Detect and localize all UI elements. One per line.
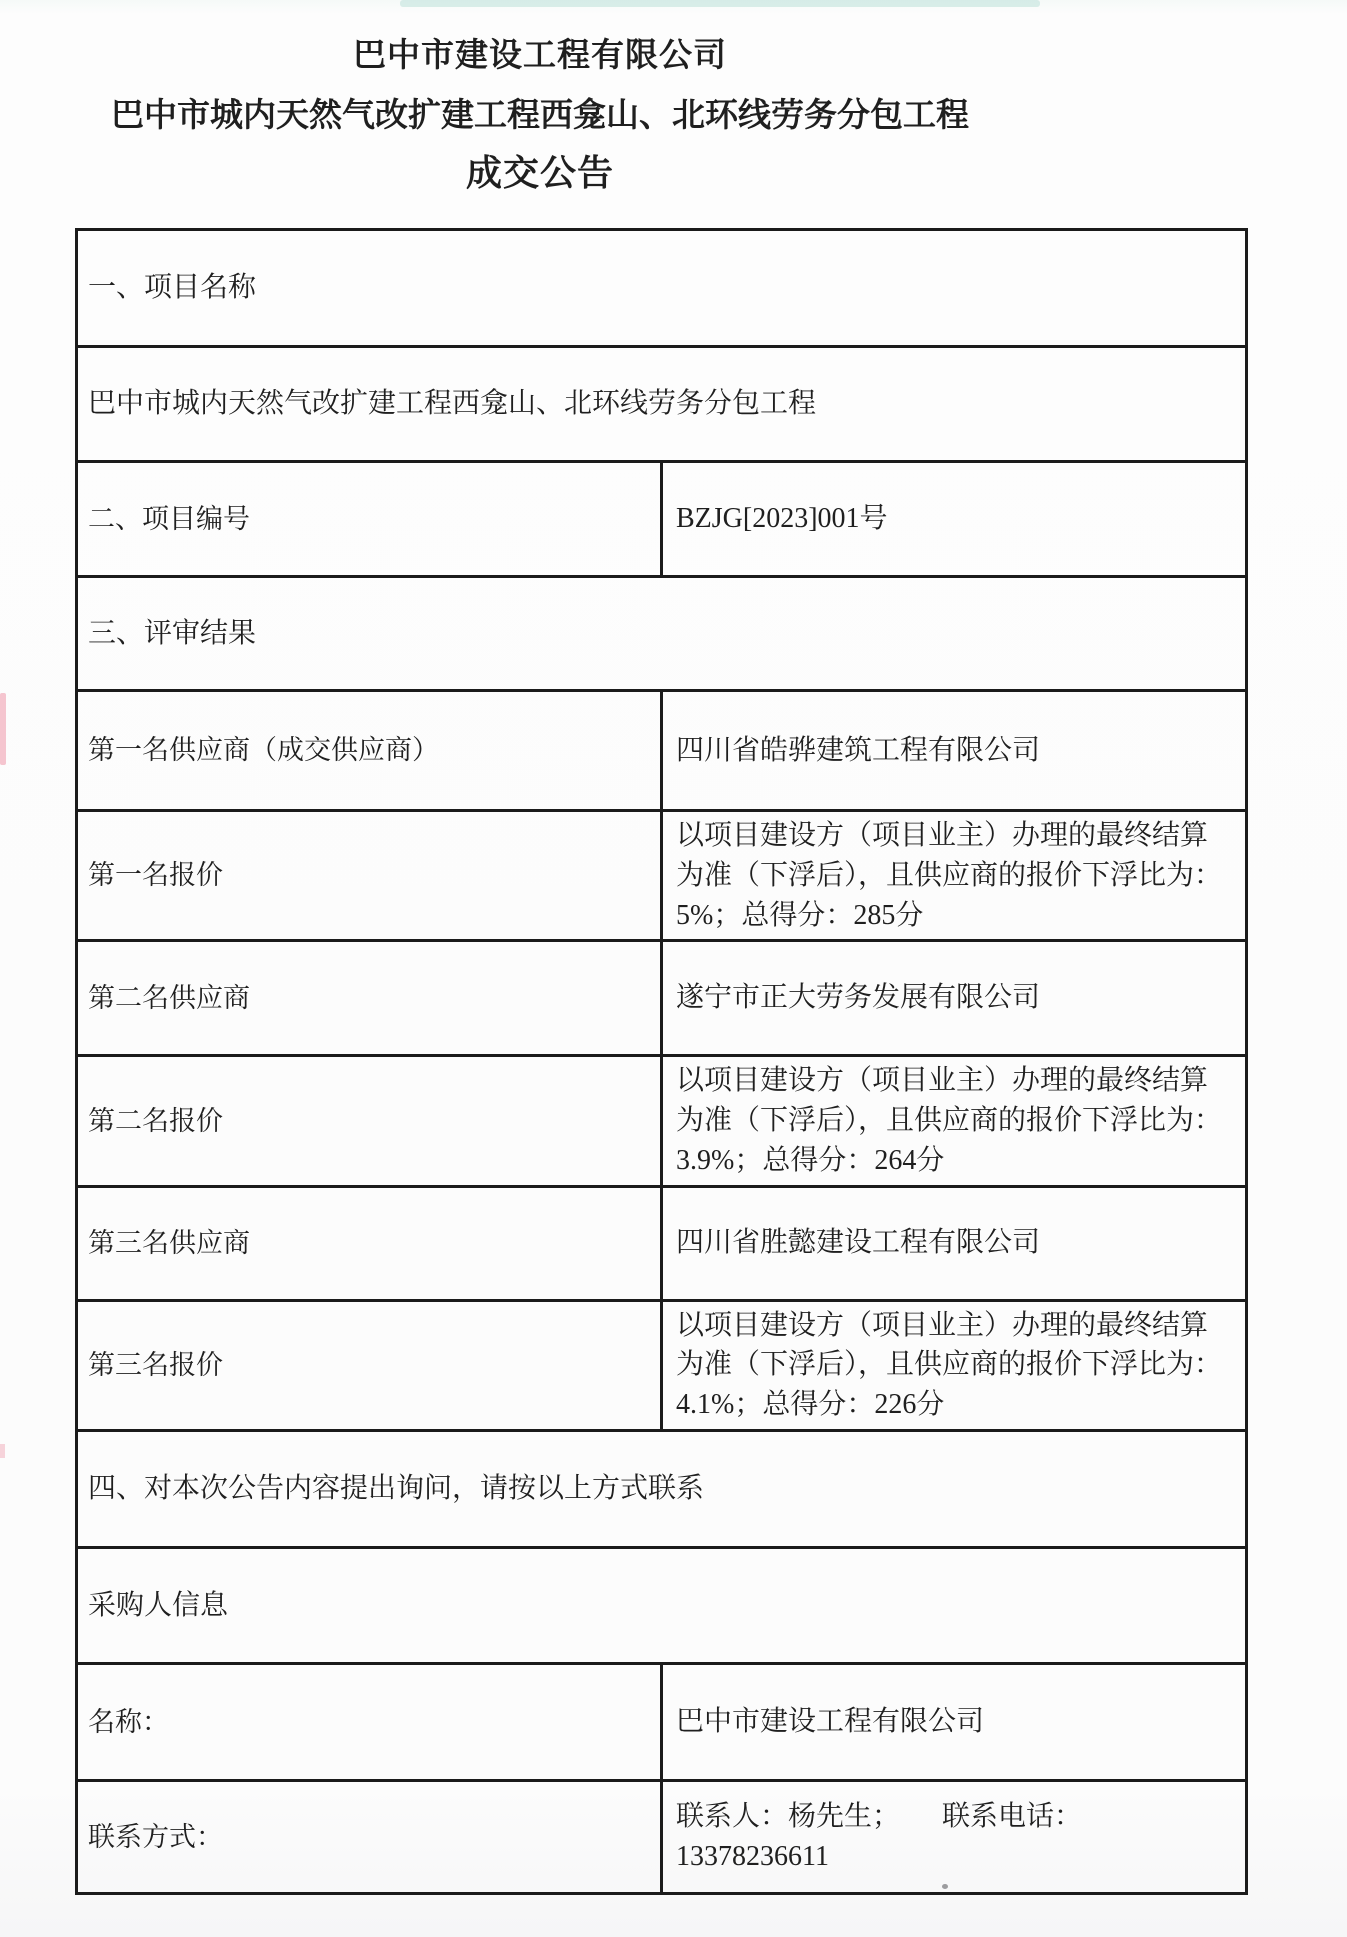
row-purchaser-contact: 联系方式： 联系人：杨先生； 联系电话：13378236611: [77, 1780, 1247, 1893]
row-third-bid: 第三名报价 以项目建设方（项目业主）办理的最终结算为准（下浮后），且供应商的报价…: [77, 1300, 1247, 1430]
row-label: 第三名报价: [77, 1300, 662, 1430]
row-first-bid: 第一名报价 以项目建设方（项目业主）办理的最终结算为准（下浮后），且供应商的报价…: [77, 811, 1247, 941]
row-value: 巴中市建设工程有限公司: [662, 1663, 1247, 1780]
row-second-supplier: 第二名供应商 遂宁市正大劳务发展有限公司: [77, 941, 1247, 1056]
row-section-inquiry-note: 四、对本次公告内容提出询问，请按以上方式联系: [77, 1430, 1247, 1547]
document-header: 巴中市建设工程有限公司 巴中市城内天然气改扩建工程西龛山、北环线劳务分包工程 成…: [0, 36, 1080, 194]
company-title: 巴中市建设工程有限公司: [0, 36, 1080, 76]
row-value: 以项目建设方（项目业主）办理的最终结算为准（下浮后），且供应商的报价下浮比为：5…: [662, 811, 1247, 941]
project-name-value: 巴中市城内天然气改扩建工程西龛山、北环线劳务分包工程: [77, 347, 1247, 462]
row-label: 第二名供应商: [77, 941, 662, 1056]
row-second-bid: 第二名报价 以项目建设方（项目业主）办理的最终结算为准（下浮后），且供应商的报价…: [77, 1056, 1247, 1186]
row-purchaser-name: 名称： 巴中市建设工程有限公司: [77, 1663, 1247, 1780]
row-value: 联系人：杨先生； 联系电话：13378236611: [662, 1780, 1247, 1893]
row-label: 第一名供应商（成交供应商）: [77, 691, 662, 811]
row-label: 第一名报价: [77, 811, 662, 941]
announcement-table: 一、项目名称 巴中市城内天然气改扩建工程西龛山、北环线劳务分包工程 二、项目编号…: [75, 228, 1248, 1895]
row-label: 第三名供应商: [77, 1186, 662, 1300]
row-value: 四川省胜懿建设工程有限公司: [662, 1186, 1247, 1300]
row-value: 四川省皓骅建筑工程有限公司: [662, 691, 1247, 811]
scan-artifact-pink-mark: [0, 1444, 5, 1458]
row-section-purchaser-info: 采购人信息: [77, 1547, 1247, 1663]
scan-artifact-top-tint: [400, 0, 1040, 7]
row-label: 联系方式：: [77, 1780, 662, 1893]
row-project-name-value: 巴中市城内天然气改扩建工程西龛山、北环线劳务分包工程: [77, 347, 1247, 462]
scanned-document-page: { "document": { "company_title": "巴中市建设工…: [0, 0, 1347, 1937]
row-section-project-name: 一、项目名称: [77, 230, 1247, 347]
row-third-supplier: 第三名供应商 四川省胜懿建设工程有限公司: [77, 1186, 1247, 1300]
section-heading: 三、评审结果: [77, 577, 1247, 691]
announcement-title: 成交公告: [0, 152, 1080, 194]
row-label: 名称：: [77, 1663, 662, 1780]
project-title: 巴中市城内天然气改扩建工程西龛山、北环线劳务分包工程: [0, 96, 1080, 136]
row-label: 第二名报价: [77, 1056, 662, 1186]
scan-artifact-pink-mark: [0, 693, 6, 765]
row-label: 二、项目编号: [77, 462, 662, 577]
row-section-review-results: 三、评审结果: [77, 577, 1247, 691]
section-heading: 四、对本次公告内容提出询问，请按以上方式联系: [77, 1430, 1247, 1547]
row-value: 以项目建设方（项目业主）办理的最终结算为准（下浮后），且供应商的报价下浮比为：4…: [662, 1300, 1247, 1430]
row-value: 以项目建设方（项目业主）办理的最终结算为准（下浮后），且供应商的报价下浮比为：3…: [662, 1056, 1247, 1186]
row-project-number: 二、项目编号 BZJG[2023]001号: [77, 462, 1247, 577]
section-heading: 一、项目名称: [77, 230, 1247, 347]
section-heading: 采购人信息: [77, 1547, 1247, 1663]
row-value: BZJG[2023]001号: [662, 462, 1247, 577]
row-first-supplier: 第一名供应商（成交供应商） 四川省皓骅建筑工程有限公司: [77, 691, 1247, 811]
row-value: 遂宁市正大劳务发展有限公司: [662, 941, 1247, 1056]
